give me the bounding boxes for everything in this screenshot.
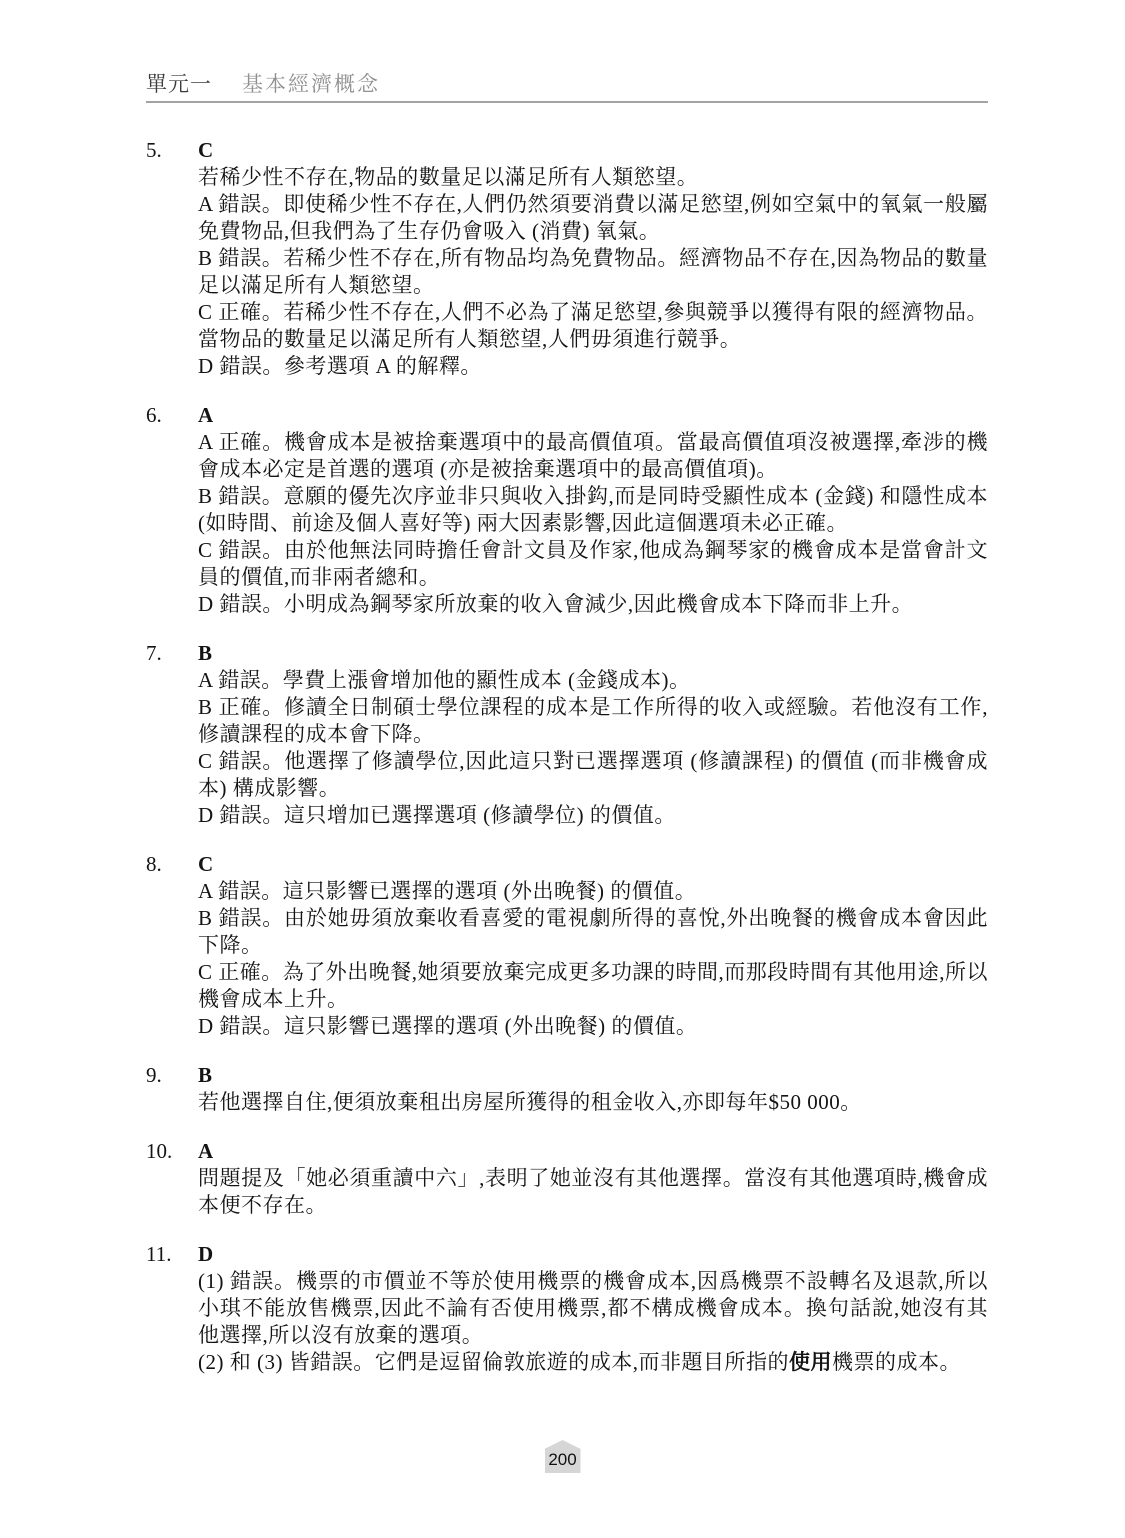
item-body: D (1) 錯誤。機票的市價並不等於使用機票的機會成本,因爲機票不設轉名及退款,… [198, 1241, 988, 1376]
item-number: 7. [146, 640, 198, 829]
explanation-paragraph: A 錯誤。學費上漲會增加他的顯性成本 (金錢成本)。 [198, 667, 988, 694]
answer-letter: D [198, 1241, 988, 1268]
explanation-paragraph: C 錯誤。由於他無法同時擔任會計文員及作家,他成為鋼琴家的機會成本是當會計文員的… [198, 537, 988, 591]
answer-letter: A [198, 1138, 988, 1165]
explanation-paragraph: A 錯誤。這只影響已選擇的選項 (外出晚餐) 的價值。 [198, 878, 988, 905]
explanation-paragraph: 問題提及「她必須重讀中六」,表明了她並沒有其他選擇。當沒有其他選項時,機會成本便… [198, 1165, 988, 1219]
item-body: C A 錯誤。這只影響已選擇的選項 (外出晚餐) 的價值。 B 錯誤。由於她毋須… [198, 851, 988, 1040]
explanation-paragraph: A 錯誤。即使稀少性不存在,人們仍然須要消費以滿足慾望,例如空氣中的氧氣一般屬免… [198, 191, 988, 245]
explanation-paragraph: B 錯誤。由於她毋須放棄收看喜愛的電視劇所得的喜悅,外出晚餐的機會成本會因此下降… [198, 905, 988, 959]
answer-item-5: 5. C 若稀少性不存在,物品的數量足以滿足所有人類慾望。 A 錯誤。即使稀少性… [146, 137, 988, 380]
explanation-paragraph: B 錯誤。意願的優先次序並非只與收入掛鈎,而是同時受顯性成本 (金錢) 和隱性成… [198, 483, 988, 537]
page-number: 200 [548, 1450, 576, 1470]
answer-item-10: 10. A 問題提及「她必須重讀中六」,表明了她並沒有其他選擇。當沒有其他選項時… [146, 1138, 988, 1219]
item-body: B 若他選擇自住,便須放棄租出房屋所獲得的租金收入,亦即每年$50 000。 [198, 1062, 988, 1116]
explanation-paragraph: C 正確。為了外出晚餐,她須要放棄完成更多功課的時間,而那段時間有其他用途,所以… [198, 959, 988, 1013]
answer-item-11: 11. D (1) 錯誤。機票的市價並不等於使用機票的機會成本,因爲機票不設轉名… [146, 1241, 988, 1376]
item-body: B A 錯誤。學費上漲會增加他的顯性成本 (金錢成本)。 B 正確。修讀全日制碩… [198, 640, 988, 829]
answer-letter: B [198, 1062, 988, 1089]
answer-item-6: 6. A A 正確。機會成本是被捨棄選項中的最高價值項。當最高價值項沒被選擇,牽… [146, 402, 988, 618]
page-number-badge: 200 [545, 1440, 581, 1473]
answer-letter: B [198, 640, 988, 667]
text-segment: (2) 和 (3) 皆錯誤。它們是逗留倫敦旅遊的成本,而非題目所指的 [198, 1350, 789, 1374]
item-body: C 若稀少性不存在,物品的數量足以滿足所有人類慾望。 A 錯誤。即使稀少性不存在… [198, 137, 988, 380]
explanation-paragraph: A 正確。機會成本是被捨棄選項中的最高價值項。當最高價值項沒被選擇,牽涉的機會成… [198, 429, 988, 483]
answer-item-7: 7. B A 錯誤。學費上漲會增加他的顯性成本 (金錢成本)。 B 正確。修讀全… [146, 640, 988, 829]
unit-title: 基本經濟概念 [242, 72, 380, 96]
item-number: 8. [146, 851, 198, 1040]
emphasis-text: 使用 [789, 1351, 832, 1374]
explanation-paragraph: 若他選擇自住,便須放棄租出房屋所獲得的租金收入,亦即每年$50 000。 [198, 1089, 988, 1116]
explanation-paragraph: B 錯誤。若稀少性不存在,所有物品均為免費物品。經濟物品不存在,因為物品的數量足… [198, 245, 988, 299]
unit-label: 單元一 [146, 72, 212, 96]
item-number: 6. [146, 402, 198, 618]
item-number: 5. [146, 137, 198, 380]
explanation-paragraph: (2) 和 (3) 皆錯誤。它們是逗留倫敦旅遊的成本,而非題目所指的使用機票的成… [198, 1349, 988, 1376]
page-content: 單元一 基本經濟概念 5. C 若稀少性不存在,物品的數量足以滿足所有人類慾望。… [146, 72, 988, 1398]
explanation-paragraph: C 正確。若稀少性不存在,人們不必為了滿足慾望,參與競爭以獲得有限的經濟物品。當… [198, 299, 988, 353]
answer-letter: C [198, 137, 988, 164]
answer-list: 5. C 若稀少性不存在,物品的數量足以滿足所有人類慾望。 A 錯誤。即使稀少性… [146, 137, 988, 1376]
explanation-paragraph: D 錯誤。參考選項 A 的解釋。 [198, 353, 988, 380]
explanation-paragraph: D 錯誤。這只影響已選擇的選項 (外出晚餐) 的價值。 [198, 1013, 988, 1040]
explanation-paragraph: D 錯誤。小明成為鋼琴家所放棄的收入會減少,因此機會成本下降而非上升。 [198, 591, 988, 618]
document-page: 單元一 基本經濟概念 5. C 若稀少性不存在,物品的數量足以滿足所有人類慾望。… [0, 0, 1125, 1538]
item-number: 9. [146, 1062, 198, 1116]
item-number: 11. [146, 1241, 198, 1376]
explanation-paragraph: (1) 錯誤。機票的市價並不等於使用機票的機會成本,因爲機票不設轉名及退款,所以… [198, 1268, 988, 1349]
item-body: A A 正確。機會成本是被捨棄選項中的最高價值項。當最高價值項沒被選擇,牽涉的機… [198, 402, 988, 618]
page-header: 單元一 基本經濟概念 [146, 72, 988, 103]
answer-letter: C [198, 851, 988, 878]
explanation-paragraph: 若稀少性不存在,物品的數量足以滿足所有人類慾望。 [198, 164, 988, 191]
item-body: A 問題提及「她必須重讀中六」,表明了她並沒有其他選擇。當沒有其他選項時,機會成… [198, 1138, 988, 1219]
answer-item-9: 9. B 若他選擇自住,便須放棄租出房屋所獲得的租金收入,亦即每年$50 000… [146, 1062, 988, 1116]
text-segment: 機票的成本。 [832, 1350, 961, 1374]
explanation-paragraph: B 正確。修讀全日制碩士學位課程的成本是工作所得的收入或經驗。若他沒有工作,修讀… [198, 694, 988, 748]
answer-item-8: 8. C A 錯誤。這只影響已選擇的選項 (外出晚餐) 的價值。 B 錯誤。由於… [146, 851, 988, 1040]
item-number: 10. [146, 1138, 198, 1219]
explanation-paragraph: C 錯誤。他選擇了修讀學位,因此這只對已選擇選項 (修讀課程) 的價值 (而非機… [198, 748, 988, 802]
explanation-paragraph: D 錯誤。這只增加已選擇選項 (修讀學位) 的價值。 [198, 802, 988, 829]
answer-letter: A [198, 402, 988, 429]
